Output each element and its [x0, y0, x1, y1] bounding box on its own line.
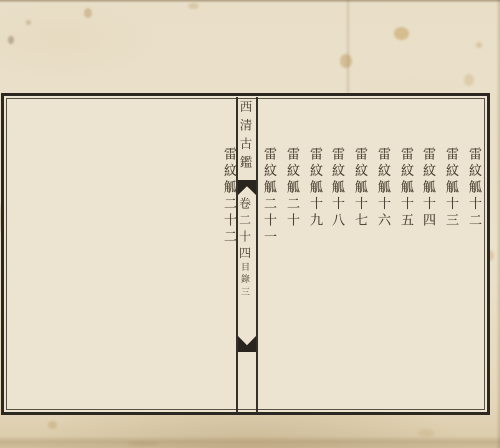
- banxin-column: 西清古鑑 卷二十四 目錄 三: [236, 97, 258, 413]
- toc-entry: 雷紋觚十五: [398, 147, 416, 259]
- lower-fishtail-mark: [238, 336, 256, 352]
- toc-entry: 雷紋觚十四: [420, 147, 438, 259]
- page-right-edge-shadow: [496, 0, 500, 448]
- page-number: 三: [242, 287, 252, 299]
- toc-entry: 雷紋觚十八: [329, 147, 347, 259]
- toc-entry: 雷紋觚十六: [375, 147, 393, 259]
- toc-entry: 雷紋觚十七: [352, 147, 370, 259]
- toc-entry: 雷紋觚二十: [284, 147, 302, 259]
- book-title: 西清古鑑: [240, 100, 254, 184]
- toc-entry: 雷紋觚十九: [307, 147, 325, 259]
- section-label: 目錄: [242, 262, 252, 288]
- toc-entry: 雷紋觚十二: [466, 147, 484, 259]
- volume-label: 卷二十四: [241, 197, 254, 269]
- paper-crease-line: [347, 0, 349, 93]
- toc-entry: 雷紋觚十三: [443, 147, 461, 259]
- toc-entry: 雷紋觚二十二: [221, 147, 239, 259]
- toc-entry: 雷紋觚二十一: [261, 147, 279, 259]
- upper-fishtail-mark: [238, 180, 256, 195]
- page-bottom-edge-shadow: [0, 436, 500, 448]
- page-top-edge: [0, 0, 500, 3]
